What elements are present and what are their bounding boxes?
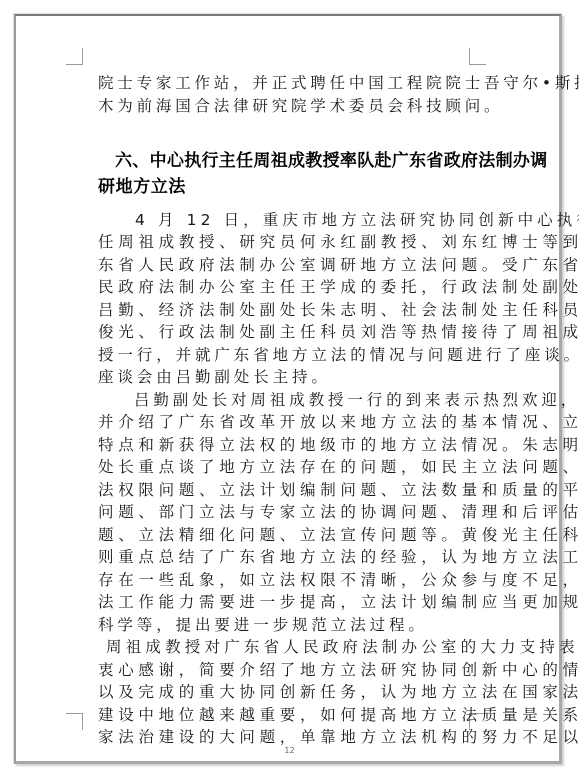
p2-line-1: 吕勤副处长对周祖成教授一行的到来表示热烈欢迎， xyxy=(134,390,579,410)
p3-line-2: 衷心感谢，简要介绍了地方立法研究协同创新中心的情况 xyxy=(98,660,579,680)
p3-line-5: 家法治建设的大问题，单靠地方立法机构的努力不足以完 xyxy=(98,727,579,747)
top-right-margin-marker xyxy=(469,48,486,65)
p2-line-8: 则重点总结了广东省地方立法的经验，认为地方立法工作 xyxy=(98,547,579,567)
p1-line-3: 东省人民政府法制办公室调研地方立法问题。受广东省人 xyxy=(98,255,579,275)
p1-line-8: 座谈会由吕勤副处长主持。 xyxy=(98,367,331,387)
p2-line-6: 问题、部门立法与专家立法的协调问题、清理和后评估问 xyxy=(98,502,579,522)
p2-line-11: 科学等，提出要进一步规范立法过程。 xyxy=(98,615,428,635)
intro-line-1: 院士专家工作站，并正式聘任中国工程院院士吾守尔•斯拉 xyxy=(98,73,579,93)
top-left-margin-marker xyxy=(66,48,83,65)
p2-line-7: 题、立法精细化问题、立法宣传问题等。黄俊光主任科员 xyxy=(98,525,579,545)
section-heading-line-1: 六、中心执行主任周祖成教授率队赴广东省政府法制办调 xyxy=(115,150,548,172)
p1-line-7: 授一行，并就广东省地方立法的情况与问题进行了座谈。 xyxy=(98,345,579,365)
p2-line-3: 特点和新获得立法权的地级市的地方立法情况。朱志明副 xyxy=(98,435,579,455)
p1-line-2: 任周祖成教授、研究员何永红副教授、刘东红博士等到广 xyxy=(98,232,579,252)
section-heading-line-2: 研地方立法 xyxy=(98,176,186,198)
p1-line-6: 俊光、行政法制处副主任科员刘浩等热情接待了周祖成教 xyxy=(98,322,579,342)
p2-line-10: 法工作能力需要进一步提高，立法计划编制应当更加规范 xyxy=(98,592,579,612)
p3-line-1: 周祖成教授对广东省人民政府法制办公室的大力支持表示 xyxy=(106,637,579,657)
p1-line-5: 吕勤、经济法制处副处长朱志明、社会法制处主任科员黄 xyxy=(98,300,579,320)
p1-line-4: 民政府法制办公室主任王学成的委托，行政法制处副处长 xyxy=(98,277,579,297)
intro-line-2: 木为前海国合法律研究院学术委员会科技顾问。 xyxy=(98,96,503,116)
p2-line-5: 法权限问题、立法计划编制问题、立法数量和质量的平衡 xyxy=(98,480,579,500)
p1-line-1: 4 月 12 日，重庆市地方立法研究协同创新中心执行主 xyxy=(135,210,579,230)
p2-line-2: 并介绍了广东省改革开放以来地方立法的基本情况、立法 xyxy=(98,412,579,432)
p2-line-4: 处长重点谈了地方立法存在的问题，如民主立法问题、立 xyxy=(98,457,579,477)
p3-line-4: 建设中地位越来越重要，如何提高地方立法质量是关系国 xyxy=(98,705,579,725)
page-number: 12 xyxy=(0,746,579,755)
p3-line-3: 以及完成的重大协同创新任务，认为地方立法在国家法治 xyxy=(98,682,579,702)
p2-line-9: 存在一些乱象，如立法权限不清晰，公众参与度不足，立 xyxy=(98,570,579,590)
bottom-left-margin-marker xyxy=(66,713,83,730)
